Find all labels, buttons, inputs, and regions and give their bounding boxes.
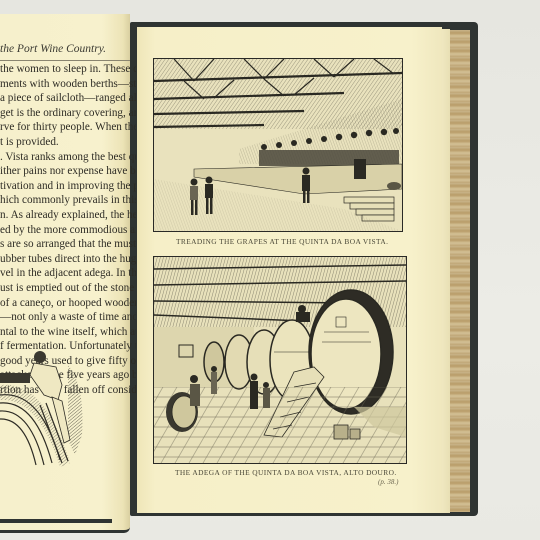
text-line: t is provided. xyxy=(0,135,136,150)
header-rule xyxy=(0,60,130,61)
engraving-adega-casks-icon xyxy=(154,257,406,463)
text-line: s are so arranged that the must can be xyxy=(0,237,136,252)
pencil-page-note: (p. 38.) xyxy=(378,478,398,486)
plate-caption-treading: TREADING THE GRAPES AT THE QUINTA DA BOA… xyxy=(176,237,388,246)
text-line: n. As already explained, the heavy beams xyxy=(0,208,136,223)
plate-caption-adega: THE ADEGA OF THE QUINTA DA BOA VISTA, AL… xyxy=(175,468,397,477)
text-line: the women to sleep in. These carlebras xyxy=(0,62,136,77)
plate-treading-grapes xyxy=(153,58,403,232)
text-line: . Vista ranks among the best quintas xyxy=(0,150,136,165)
text-line: vel in the adjacent adega. In the old xyxy=(0,266,136,281)
text-line: tivation and in improving the primitive xyxy=(0,179,136,194)
text-line: of a caneço, or hooped wooden bucket xyxy=(0,296,136,311)
text-line: ust is emptied out of the stone reservoi… xyxy=(0,281,136,296)
text-line: ither pains nor expense have been spared xyxy=(0,164,136,179)
text-line: ubber tubes direct into the huge tonels xyxy=(0,252,136,267)
left-cover-edge xyxy=(0,519,112,523)
running-head: the Port Wine Country. xyxy=(0,43,106,55)
page-block-edges xyxy=(448,30,470,512)
plate-adega-casks xyxy=(153,256,407,464)
text-line: —not only a waste of time and labour xyxy=(0,310,136,325)
text-line: ments with wooden berths—strewn with xyxy=(0,77,136,92)
text-line: hich commonly prevails in this company. xyxy=(0,193,136,208)
engraving-treading-grapes-icon xyxy=(154,59,402,231)
text-line: a piece of sailcloth—ranged along the xyxy=(0,91,136,106)
text-line: rve for thirty people. When the weather xyxy=(0,120,136,135)
text-line: get is the ordinary covering, and this xyxy=(0,106,136,121)
engraving-man-on-cask-icon xyxy=(0,345,95,470)
left-page-engraving xyxy=(0,345,95,470)
text-line: ntal to the wine itself, which at this xyxy=(0,325,136,340)
text-line: ed by the more commodious and efficient xyxy=(0,223,136,238)
